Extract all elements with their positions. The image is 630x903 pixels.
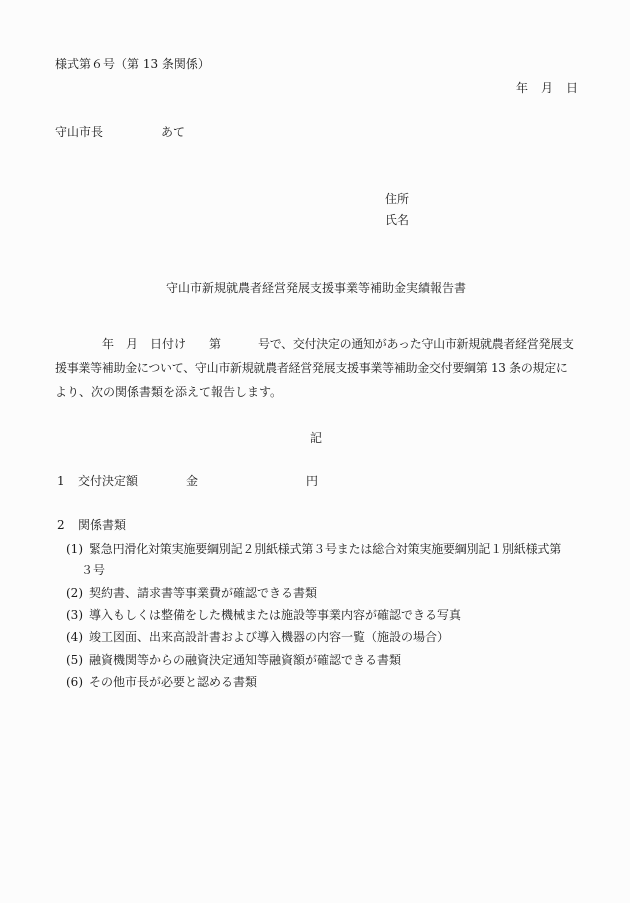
document-title: 守山市新規就農者経営発展支援事業等補助金実績報告書 [166, 281, 466, 295]
list-item-text: 契約書、請求書等事業費が確認できる書類 [89, 586, 317, 600]
address-label: 住所 [385, 192, 409, 206]
date-day: 日 [566, 81, 578, 95]
list-item-text: 竣工図面、出来高設計書および導入機器の内容一覧（施設の場合） [89, 630, 449, 644]
list-item-text: 緊急円滑化対策実施要綱別記２別紙様式第３号または総合対策実施要綱別記１別紙様式第 [89, 542, 561, 556]
section-2-number: 2 [57, 518, 65, 532]
body-line-1-rest: 号で、交付決定の通知があった守山市新規就農者経営発展支 [258, 332, 574, 356]
ki-heading: 記 [310, 431, 322, 445]
section-2-label: 関係書類 [78, 518, 126, 532]
list-item-number: (3) [66, 608, 83, 622]
body-line-2: 援事業等補助金について、守山市新規就農者経営発展支援事業等補助金交付要綱第 13… [55, 356, 577, 380]
body-line-3: より、次の関係書類を添えて報告します。 [55, 380, 577, 404]
body-month: 月 [126, 332, 138, 356]
section-1-label: 交付決定額 [78, 474, 138, 488]
addressee-name: 守山市長 [55, 125, 103, 139]
list-item-continuation: ３号 [81, 563, 105, 577]
list-item-number: (2) [66, 586, 83, 600]
list-item-number: (6) [66, 675, 83, 689]
form-number: 様式第６号（第 13 条関係） [55, 57, 210, 71]
section-1-number: 1 [57, 474, 65, 488]
body-day-suffix: 日付け [150, 332, 186, 356]
body-year: 年 [102, 332, 114, 356]
name-label: 氏名 [385, 213, 409, 227]
list-item-text: 導入もしくは整備をした機械または施設等事業内容が確認できる写真 [89, 608, 461, 622]
list-item-text: 融資機関等からの融資決定通知等融資額が確認できる書類 [89, 653, 401, 667]
body-paragraph: 年 月 日付け 第 号で、交付決定の通知があった守山市新規就農者経営発展支 援事… [55, 332, 577, 404]
date-year: 年 [516, 81, 528, 95]
section-1-unit: 円 [306, 474, 318, 488]
list-item-number: (5) [66, 653, 83, 667]
body-line-1: 年 月 日付け 第 号で、交付決定の通知があった守山市新規就農者経営発展支 [55, 332, 577, 356]
addressee-suffix: あて [161, 125, 185, 139]
list-item-number: (1) [66, 542, 83, 556]
section-1-prefix: 金 [186, 474, 198, 488]
list-item-number: (4) [66, 630, 83, 644]
list-item-text: その他市長が必要と認める書類 [89, 675, 257, 689]
body-no-prefix: 第 [209, 332, 221, 356]
date-month: 月 [541, 81, 553, 95]
